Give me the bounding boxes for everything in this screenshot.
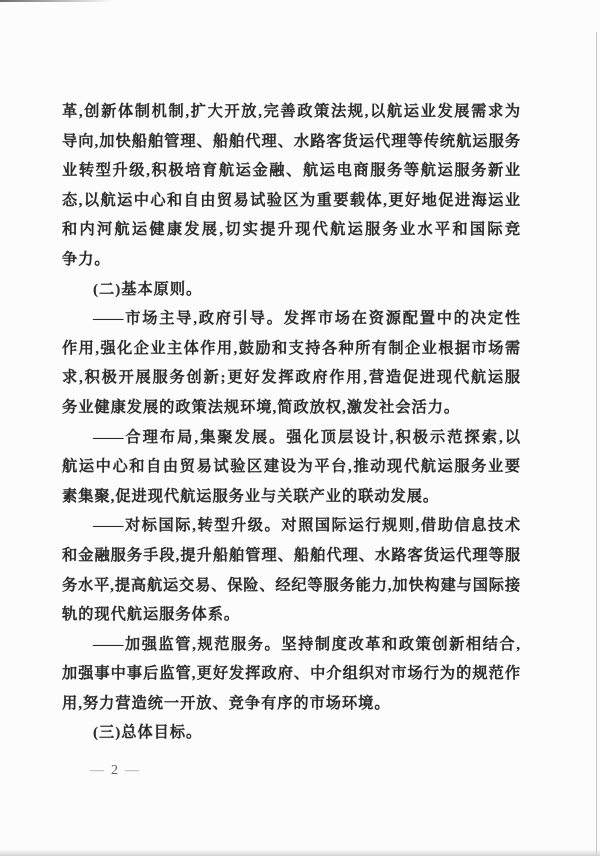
text-line: 导向,加快船舶管理、船舶代理、水路客货运代理等传统航运服务 (62, 127, 520, 157)
text-line: 加强事中事后监管,更好发挥政府、中介组织对市场行为的规范作 (62, 659, 520, 689)
text-line: 航运中心和自由贸易试验区建设为平台,推动现代航运服务业要 (62, 452, 520, 482)
scan-artifact-right-edge (596, 32, 598, 856)
text-line: ——加强监管,规范服务。坚持制度改革和政策创新相结合, (62, 630, 520, 660)
scan-artifact-top-edge (0, 0, 112, 2)
document-body: 革,创新体制机制,扩大开放,完善政策法规,以航运业发展需求为导向,加快船舶管理、… (62, 97, 520, 748)
page-number: 2 (111, 762, 118, 780)
text-line: 作用,强化企业主体作用,鼓励和支持各种所有制企业根据市场需 (62, 334, 520, 364)
text-line: 业转型升级,积极培育航运金融、航运电商服务等航运服务新业 (62, 156, 520, 186)
text-line: 务业健康发展的政策法规环境,简政放权,激发社会活力。 (62, 393, 520, 423)
footer-left-dash: — (90, 762, 104, 780)
footer-right-dash: — (125, 762, 139, 780)
scanned-document-page: 革,创新体制机制,扩大开放,完善政策法规,以航运业发展需求为导向,加快船舶管理、… (0, 0, 600, 856)
text-line: ——对标国际,转型升级。对照国际运行规则,借助信息技术 (62, 511, 520, 541)
text-line: 争力。 (62, 245, 520, 275)
page-footer: — 2 — (90, 762, 139, 780)
text-line: ——市场主导,政府引导。发挥市场在资源配置中的决定性 (62, 304, 520, 334)
text-line: 革,创新体制机制,扩大开放,完善政策法规,以航运业发展需求为 (62, 97, 520, 127)
text-line: 素集聚,促进现代航运服务业与关联产业的联动发展。 (62, 482, 520, 512)
text-line: 和金融服务手段,提升船舶管理、船舶代理、水路客货运代理等服 (62, 541, 520, 571)
text-line: 态,以航运中心和自由贸易试验区为重要载体,更好地促进海运业 (62, 186, 520, 216)
text-line: 用,努力营造统一开放、竞争有序的市场环境。 (62, 689, 520, 719)
text-line: 轨的现代航运服务体系。 (62, 600, 520, 630)
text-line: 和内河航运健康发展,切实提升现代航运服务业水平和国际竞 (62, 215, 520, 245)
text-line: (二)基本原则。 (62, 275, 520, 305)
scan-artifact-bottom-edge (0, 850, 600, 856)
text-line: 求,积极开展服务创新;更好发挥政府作用,营造促进现代航运服 (62, 363, 520, 393)
text-line: ——合理布局,集聚发展。强化顶层设计,积极示范探索,以 (62, 423, 520, 453)
text-line: 务水平,提高航运交易、保险、经纪等服务能力,加快构建与国际接 (62, 571, 520, 601)
text-line: (三)总体目标。 (62, 718, 520, 748)
